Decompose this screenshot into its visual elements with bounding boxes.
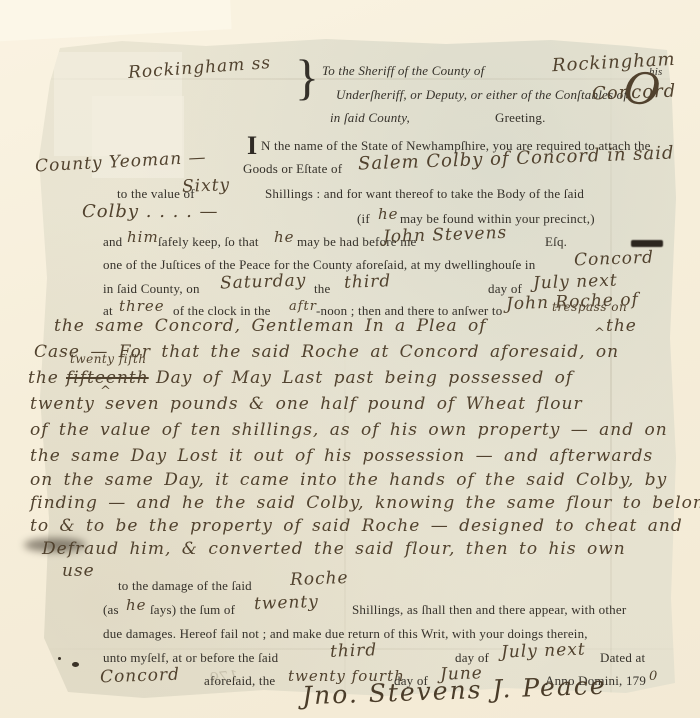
plea-caret-1: ^: [594, 326, 606, 341]
ink-bleedthrough: 179: [209, 667, 239, 688]
plea-line-1a: the same Concord, Gentleman In a Plea of: [54, 316, 487, 336]
hand-body-name: Colby . . . . —: [82, 201, 219, 222]
ink-dash-mark: [631, 240, 663, 247]
hand-margin-wrap: County Yeoman —: [35, 148, 207, 177]
hand-he-1: he: [378, 205, 399, 223]
hand-damage-name: Roche: [290, 568, 349, 590]
printed-greeting: Greeting.: [495, 110, 546, 126]
document-content: Rockingham ss } To the Sheriff of the Co…: [0, 0, 700, 718]
hand-he-2: he: [274, 228, 295, 246]
plea-line-4: twenty seven pounds & one half pound of …: [30, 394, 583, 414]
hand-day-ordinal: third: [344, 271, 392, 293]
hand-he-3: he: [126, 596, 147, 614]
printed-as-open: (as: [103, 602, 119, 618]
printed-shillings-line2: Shillings, as ſhall then and there appea…: [352, 602, 626, 618]
printed-esq: Eſq.: [545, 234, 567, 250]
hand-value: Sixty: [182, 175, 231, 197]
plea-line-3b: Day of May Last past being possessed of: [156, 368, 573, 388]
printed-unto-line: unto myſelf, at or before the ſaid: [103, 650, 278, 666]
plea-line-10: Defraud him, & converted the said flour,…: [42, 539, 626, 559]
plea-line-9: to & to be the property of said Roche — …: [30, 516, 683, 536]
plea-line-6: the same Day Lost it out of his possessi…: [30, 446, 653, 466]
printed-safely-line: ſafely keep, ſo that: [158, 234, 259, 250]
printed-justices-line: one of the Juſtices of the Peace for the…: [103, 257, 535, 273]
ink-dot-small: [58, 657, 61, 660]
printed-to-sheriff: To the Sheriff of the County of: [322, 63, 484, 79]
hand-hour: three: [119, 297, 165, 315]
plea-insert-trespass: trespass on: [552, 300, 627, 314]
hand-month-2: July next: [501, 640, 586, 663]
flourish-o-mark: O: [621, 62, 664, 118]
plea-line-1b: the: [606, 316, 637, 336]
header-brace: }: [295, 48, 319, 106]
hand-year-digit: 0: [649, 669, 658, 684]
hand-him: him: [127, 228, 159, 246]
hand-sum: twenty: [254, 592, 319, 614]
plea-line-7: on the same Day, it came into the hands …: [30, 470, 667, 490]
hand-dated-town: Concord: [100, 665, 181, 688]
margin-county-note: Rockingham ss: [127, 53, 271, 83]
plea-line-8: finding — and he the said Colby, knowing…: [30, 493, 700, 513]
printed-and: and: [103, 234, 122, 250]
plea-line-11: use: [62, 561, 95, 581]
hand-ordinal-2: third: [330, 640, 378, 662]
printed-damage-label: to the damage of the ſaid: [118, 578, 252, 594]
hand-dwelling-town: Concord: [574, 248, 655, 271]
hand-after: aftr: [289, 299, 317, 314]
ink-dot: [72, 662, 79, 667]
printed-undersheriff-line: Underſheriff, or Deputy, or either of th…: [336, 87, 627, 103]
printed-shillings-line: Shillings : and for want thereof to take…: [265, 186, 584, 202]
hand-day-name: Saturday: [220, 270, 307, 293]
printed-dated-at: Dated at: [600, 650, 645, 666]
printed-the: the: [314, 281, 330, 297]
printed-in-said-county: in ſaid County,: [330, 110, 410, 126]
hand-justice-name: John Stevens: [383, 223, 508, 247]
printed-if-open: (if: [357, 211, 370, 227]
plea-insert-twenty-fifth: twenty fifth: [70, 352, 147, 366]
printed-in-said-on: in ſaid County, on: [103, 281, 200, 297]
printed-goods-label: Goods or Eſtate of: [243, 161, 342, 177]
printed-due-line: due damages. Hereof fail not ; and make …: [103, 626, 588, 642]
plea-line-3a: the: [28, 368, 59, 388]
printed-says-sum: ſays) the ſum of: [150, 602, 235, 618]
plea-line-5: of the value of ten shillings, as of his…: [30, 420, 668, 440]
dropcap-i: I: [247, 131, 257, 161]
